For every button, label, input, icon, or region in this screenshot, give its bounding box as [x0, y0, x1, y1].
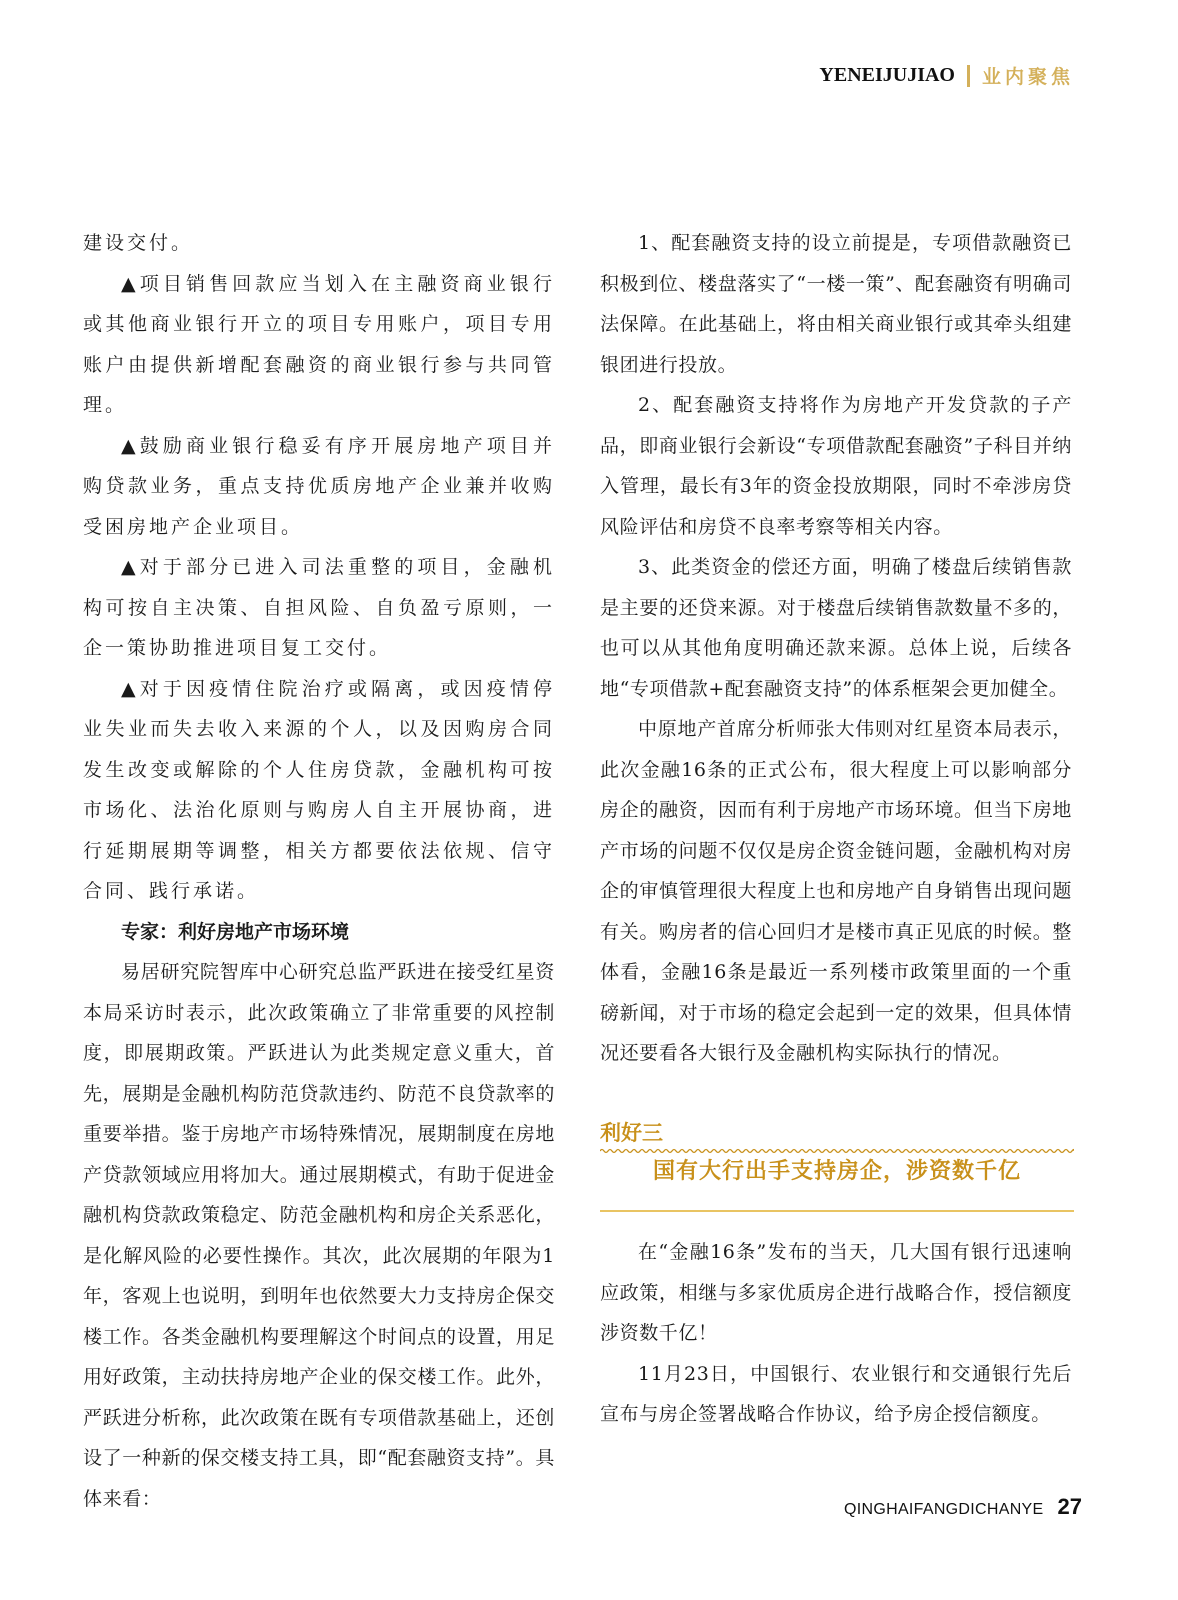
section-title: 国有大行出手支持房企，涉资数千亿	[600, 1154, 1074, 1185]
paragraph: 2、配套融资支持将作为房地产开发贷款的子产品，即商业银行会新设“专项借款配套融资…	[600, 385, 1072, 547]
title-underline	[600, 1210, 1074, 1212]
page-number: 27	[1058, 1494, 1082, 1520]
section-label: 利好三	[600, 1117, 663, 1147]
paragraph: ▲鼓励商业银行稳妥有序开展房地产项目并购贷款业务，重点支持优质房地产企业兼并收购…	[83, 426, 555, 548]
right-column: 1、配套融资支持的设立前提是，专项借款融资已积极到位、楼盘落实了“一楼一策”、配…	[600, 223, 1072, 1074]
paragraph: 易居研究院智库中心研究总监严跃进在接受红星资本局采访时表示，此次政策确立了非常重…	[83, 952, 555, 1519]
page-footer: QINGHAIFANGDICHANYE 27	[844, 1494, 1082, 1520]
paragraph: ▲对于部分已进入司法重整的项目，金融机构可按自主决策、自担风险、自负盈亏原则，一…	[83, 547, 555, 669]
paragraph: 3、此类资金的偿还方面，明确了楼盘后续销售款是主要的还贷来源。对于楼盘后续销售款…	[600, 547, 1072, 709]
paragraph: 11月23日，中国银行、农业银行和交通银行先后宣布与房企签署战略合作协议，给予房…	[600, 1354, 1072, 1435]
paragraph: 中原地产首席分析师张大伟则对红星资本局表示，此次金融16条的正式公布，很大程度上…	[600, 709, 1072, 1074]
magazine-name: QINGHAIFANGDICHANYE	[844, 1501, 1044, 1519]
paragraph: 在“金融16条”发布的当天，几大国有银行迅速响应政策，相继与多家优质房企进行战略…	[600, 1232, 1072, 1354]
header-divider	[967, 65, 970, 87]
right-column-section: 在“金融16条”发布的当天，几大国有银行迅速响应政策，相继与多家优质房企进行战略…	[600, 1232, 1072, 1435]
section-name-cn: 业内聚焦	[982, 62, 1074, 89]
paragraph: ▲对于因疫情住院治疗或隔离，或因疫情停业失业而失去收入来源的个人，以及因购房合同…	[83, 669, 555, 912]
paragraph: ▲项目销售回款应当划入在主融资商业银行或其他商业银行开立的项目专用账户，项目专用…	[83, 264, 555, 426]
left-column: 建设交付。 ▲项目销售回款应当划入在主融资商业银行或其他商业银行开立的项目专用账…	[83, 223, 555, 1519]
paragraph: 建设交付。	[83, 223, 555, 264]
subheading: 专家：利好房地产市场环境	[83, 912, 555, 953]
section-name-en: YENEIJUJIAO	[819, 64, 955, 87]
paragraph: 1、配套融资支持的设立前提是，专项借款融资已积极到位、楼盘落实了“一楼一策”、配…	[600, 223, 1072, 385]
page-header: YENEIJUJIAO 业内聚焦	[819, 62, 1074, 89]
